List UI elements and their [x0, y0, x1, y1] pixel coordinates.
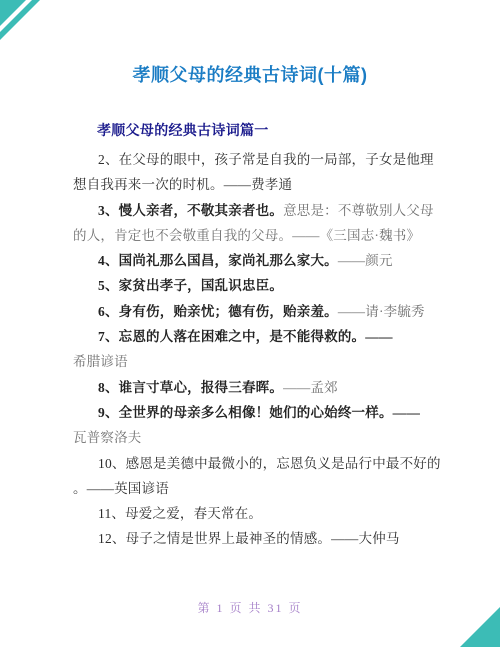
body-line: 10、感恩是美德中最微小的，忘恩负义是品行中最不好的 — [73, 451, 437, 476]
body-line: 12、母子之情是世界上最神圣的情感。——大仲马 — [73, 526, 437, 551]
quote-segment: 7、忘恩的人落在困难之中，是不能得救的。—— — [98, 329, 393, 344]
body-line: 希腊谚语 — [73, 349, 437, 374]
body-line: 想自我再来一次的时机。——费孝通 — [73, 172, 437, 197]
page-number-footer: 第 1 页 共 31 页 — [0, 600, 500, 616]
document-page: 孝顺父母的经典古诗词(十篇) 孝顺父母的经典古诗词篇一 2、在父母的眼中，孩子常… — [0, 0, 500, 647]
text-segment: 12、母子之情是世界上最神圣的情感。——大仲马 — [98, 531, 400, 546]
body-line: 的人，肯定也不会敬重自我的父母。——《三国志·魏书》 — [73, 223, 437, 248]
corner-fold-core-top-left — [0, 0, 26, 26]
document-title: 孝顺父母的经典古诗词(十篇) — [0, 62, 500, 88]
text-segment: 11、母爱之爱，春天常在。 — [98, 506, 262, 521]
body-line: 。——英国谚语 — [73, 476, 437, 501]
body-line: 瓦普察洛夫 — [73, 425, 437, 450]
body-line: 3、慢人亲者，不敬其亲者也。意思是：不尊敬别人父母 — [73, 198, 437, 223]
text-segment: 2、在父母的眼中，孩子常是自我的一局部，子女是他理 — [98, 152, 434, 167]
body-line: 8、谁言寸草心，报得三春晖。——孟郊 — [73, 375, 437, 400]
quote-segment: 4、国尚礼那么国昌，家尚礼那么家大。 — [98, 253, 338, 268]
attribution-segment: ——颜元 — [338, 253, 393, 268]
body-line: 6、身有伤，贻亲忧；德有伤，贻亲羞。——请·李毓秀 — [73, 299, 437, 324]
quote-segment: 5、家贫出孝子，国乱识忠臣。 — [98, 278, 283, 293]
body-line: 11、母爱之爱，春天常在。 — [73, 501, 437, 526]
quote-segment: 3、慢人亲者，不敬其亲者也。 — [98, 203, 283, 218]
attribution-segment: ——请·李毓秀 — [338, 304, 425, 319]
text-segment: 。——英国谚语 — [73, 481, 169, 496]
text-segment: 想自我再来一次的时机。——费孝通 — [73, 177, 292, 192]
quote-segment: 6、身有伤，贻亲忧；德有伤，贻亲羞。 — [98, 304, 338, 319]
attribution-segment: 希腊谚语 — [73, 354, 128, 369]
attribution-segment: 瓦普察洛夫 — [73, 430, 142, 445]
explanation-segment: 意思是：不尊敬别人父母 — [283, 203, 434, 218]
body-line: 5、家贫出孝子，国乱识忠臣。 — [73, 273, 437, 298]
quote-segment: 8、谁言寸草心，报得三春晖。 — [98, 380, 283, 395]
body-line: 9、全世界的母亲多么相像！她们的心始终一样。—— — [73, 400, 437, 425]
attribution-segment: ——孟郊 — [283, 380, 338, 395]
body-line: 4、国尚礼那么国昌，家尚礼那么家大。——颜元 — [73, 248, 437, 273]
body-line: 7、忘恩的人落在困难之中，是不能得救的。—— — [73, 324, 437, 349]
document-body: 2、在父母的眼中，孩子常是自我的一局部，子女是他理 想自我再来一次的时机。——费… — [73, 147, 437, 552]
section-heading: 孝顺父母的经典古诗词篇一 — [97, 121, 269, 140]
quote-segment: 9、全世界的母亲多么相像！她们的心始终一样。—— — [98, 405, 420, 420]
text-segment: 10、感恩是美德中最微小的，忘恩负义是品行中最不好的 — [98, 456, 441, 471]
body-line: 2、在父母的眼中，孩子常是自我的一局部，子女是他理 — [73, 147, 437, 172]
explanation-segment: 的人，肯定也不会敬重自我的父母。——《三国志·魏书》 — [73, 228, 420, 243]
